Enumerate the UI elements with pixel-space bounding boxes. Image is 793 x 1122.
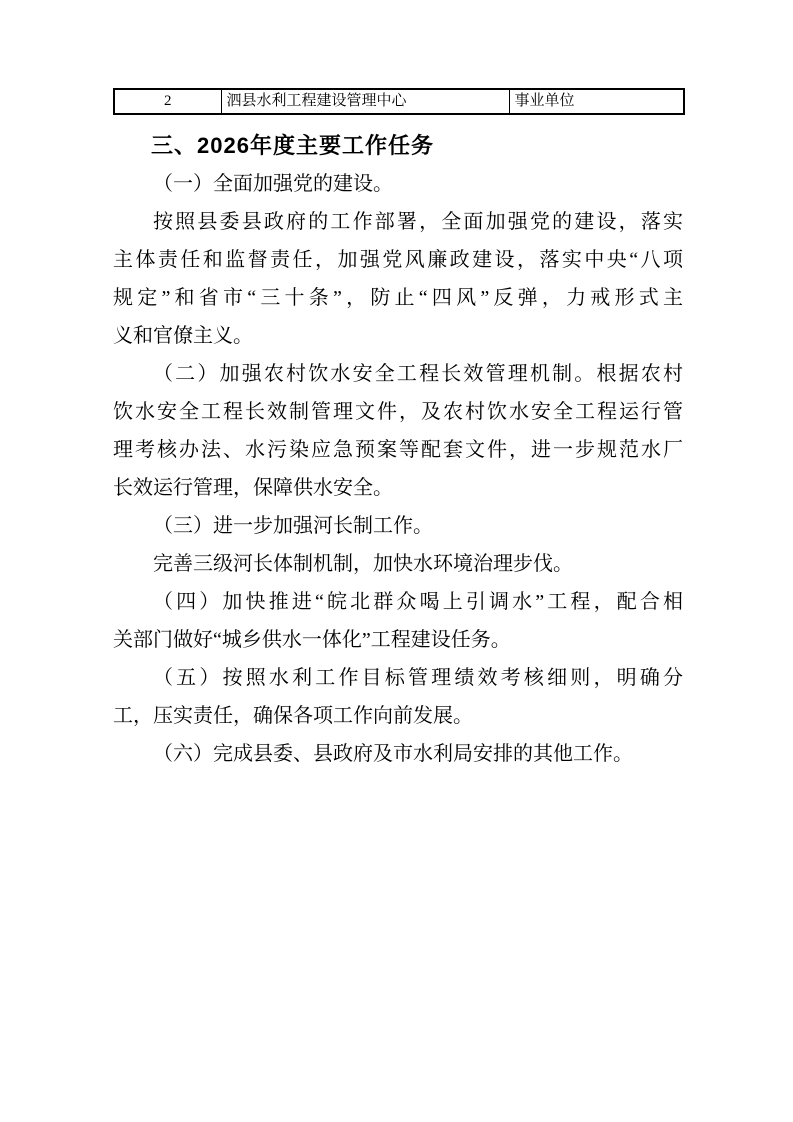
body-line: （三）进一步加强河长制工作。: [113, 507, 683, 545]
body-line: 主体责任和监督责任，加强党风廉政建设，落实中央“八项: [113, 241, 683, 279]
body-line: 关部门做好“城乡供水一体化”工程建设任务。: [113, 621, 683, 659]
cell-unit-name: 泗县水利工程建设管理中心: [221, 89, 509, 114]
body-line: （六）完成县委、县政府及市水利局安排的其他工作。: [113, 735, 683, 773]
body-line: 饮水安全工程长效制管理文件，及农村饮水安全工程运行管: [113, 393, 683, 431]
body-line: 义和官僚主义。: [113, 317, 683, 355]
document-page: 2 泗县水利工程建设管理中心 事业单位 三、2026年度主要工作任务 （一）全面…: [0, 0, 793, 1122]
unit-continuation-table: 2 泗县水利工程建设管理中心 事业单位: [113, 88, 685, 115]
body-line: 按照县委县政府的工作部署，全面加强党的建设，落实: [113, 203, 683, 241]
section-heading: 三、2026年度主要工作任务: [113, 127, 683, 165]
body-line: （一）全面加强党的建设。: [113, 165, 683, 203]
cell-row-number: 2: [114, 89, 221, 114]
body-line: （四）加快推进“皖北群众喝上引调水”工程，配合相: [113, 583, 683, 621]
body-line: 完善三级河长体制机制，加快水环境治理步伐。: [113, 545, 683, 583]
body-line: （二）加强农村饮水安全工程长效管理机制。根据农村: [113, 355, 683, 393]
body-line: 长效运行管理，保障供水安全。: [113, 469, 683, 507]
section-content: 三、2026年度主要工作任务 （一）全面加强党的建设。 按照县委县政府的工作部署…: [113, 127, 683, 773]
body-line: 理考核办法、水污染应急预案等配套文件，进一步规范水厂: [113, 431, 683, 469]
table-row: 2 泗县水利工程建设管理中心 事业单位: [114, 89, 684, 114]
body-line: （五）按照水利工作目标管理绩效考核细则，明确分: [113, 659, 683, 697]
body-line: 规定”和省市“三十条”，防止“四风”反弹，力戒形式主: [113, 279, 683, 317]
body-line: 工，压实责任，确保各项工作向前发展。: [113, 697, 683, 735]
cell-unit-type: 事业单位: [509, 89, 684, 114]
